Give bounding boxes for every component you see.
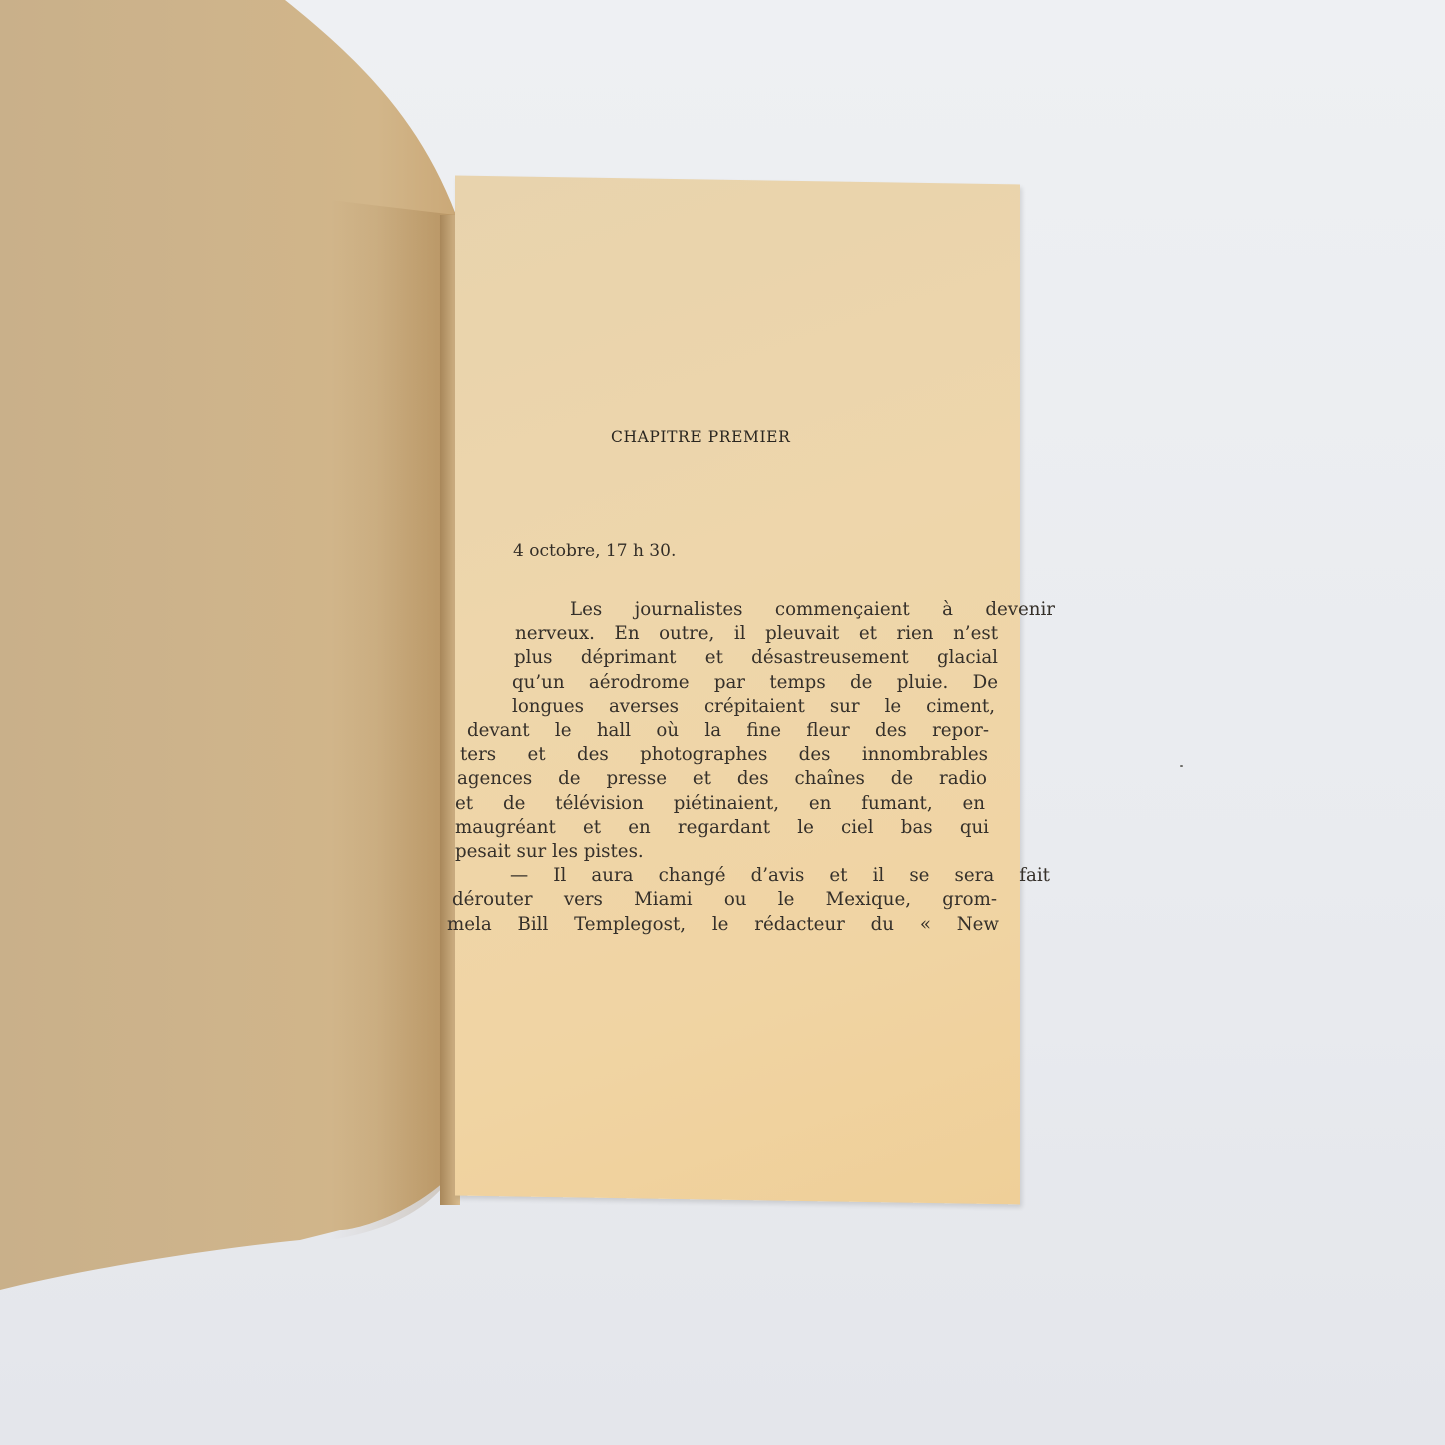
text-line: agences de presse et des chaînes de radi…: [457, 767, 987, 791]
photo-scene: CHAPITRE PREMIER 4 octobre, 17 h 30. Les…: [0, 0, 1445, 1445]
dust-speck: [1180, 765, 1183, 767]
text-line: qu’un aérodrome par temps de pluie. De: [512, 671, 998, 695]
text-line: Les journalistes commençaient à devenir: [515, 598, 1055, 622]
text-line: mela Bill Templegost, le rédacteur du « …: [447, 913, 999, 937]
text-line: — Il aura changé d’avis et il se sera fa…: [455, 864, 1050, 888]
page-text: CHAPITRE PREMIER 4 octobre, 17 h 30. Les…: [455, 180, 1020, 1200]
text-line: devant le hall où la fine fleur des repo…: [467, 719, 989, 743]
text-line: ters et des photographes des innombrable…: [460, 743, 988, 767]
text-line: dérouter vers Miami ou le Mexique, grom-: [452, 888, 997, 912]
body-paragraph: Les journalistes commençaient à devenir …: [455, 598, 1000, 937]
text-line: plus déprimant et désastreusement glacia…: [514, 646, 998, 670]
date-line: 4 octobre, 17 h 30.: [513, 541, 676, 561]
text-line: pesait sur les pistes.: [455, 840, 1000, 864]
text-line: longues averses crépitaient sur le cimen…: [512, 695, 995, 719]
chapter-heading: CHAPITRE PREMIER: [611, 428, 790, 446]
text-line: et de télévision piétinaient, en fumant,…: [455, 792, 985, 816]
text-line: nerveux. En outre, il pleuvait et rien n…: [515, 622, 998, 646]
text-line: maugréant et en regardant le ciel bas qu…: [455, 816, 989, 840]
